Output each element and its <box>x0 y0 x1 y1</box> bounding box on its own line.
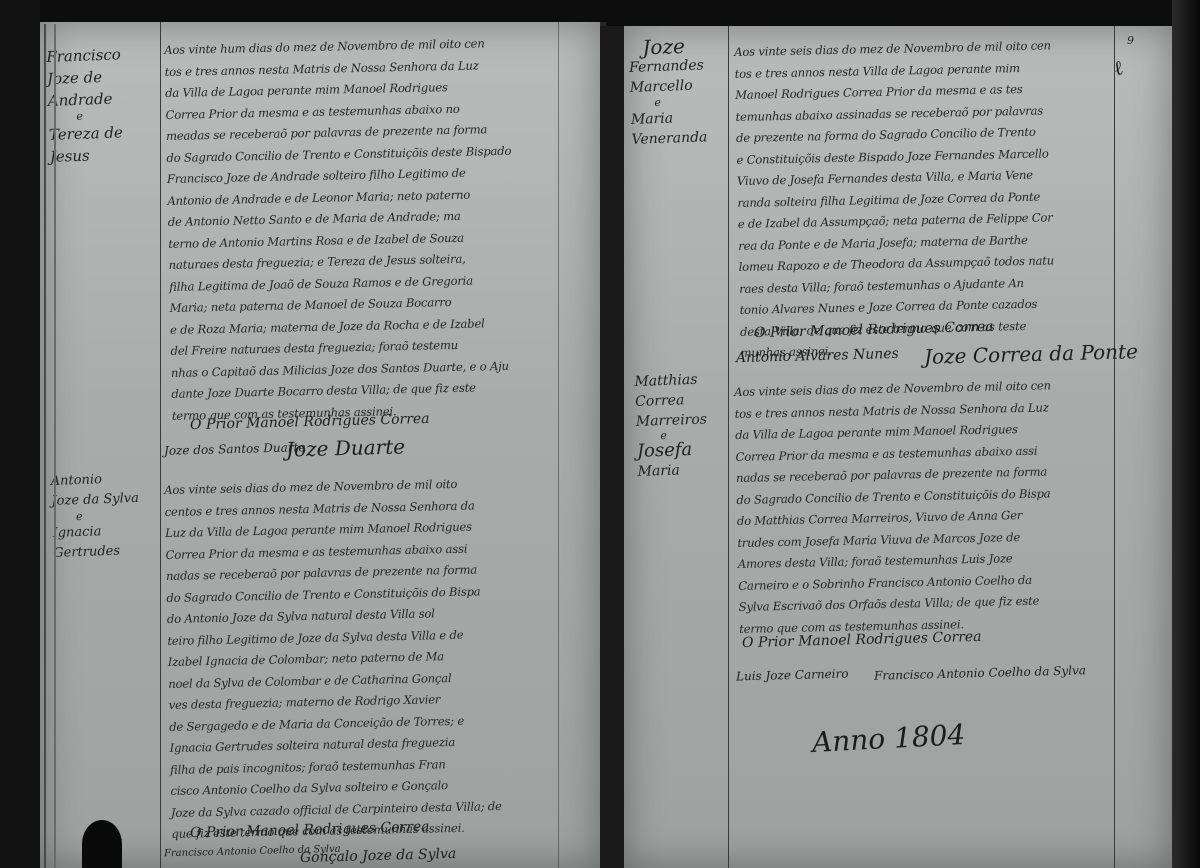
entry-body: Aos vinte seis dias do mez de Novembro d… <box>734 375 1056 640</box>
book-gutter <box>600 26 624 868</box>
bride-name-line: Jesus <box>49 142 160 168</box>
right-right-margin-rule <box>1114 26 1115 868</box>
witness-signature: Luis Joze Carneiro <box>736 667 849 684</box>
bride-name-line: Veneranda <box>631 126 742 150</box>
scan-border-left <box>0 0 40 868</box>
witness-signature: Gonçalo Joze da Sylva <box>300 846 457 866</box>
witness-signature: Joze Correa da Ponte <box>924 339 1138 369</box>
right-page: 9 ℓ Joze Fernandes Marcello e Maria Vene… <box>624 26 1172 868</box>
folio-flourish: ℓ <box>1110 55 1126 81</box>
marginal-names: Antonio Joze da Sylva e Ignacia Gertrude… <box>50 468 163 564</box>
scan-border-right <box>1172 0 1200 868</box>
witness-signature: Joze dos Santos Duarte <box>164 440 306 458</box>
witness-signature: Joze Duarte <box>286 434 406 461</box>
left-right-margin-rule <box>558 22 559 868</box>
entry-body: Aos vinte seis dias do mez de Novembro d… <box>164 473 502 845</box>
thumb-holding-page <box>82 820 122 868</box>
year-heading: Anno 1804 <box>811 718 966 759</box>
manuscript-spread: Francisco Joze de Andrade e Tereza de Je… <box>0 0 1200 868</box>
witness-signature: Francisco Antonio Coelho da Sylva <box>874 663 1086 683</box>
marginal-names: Matthias Correa Marreiros e Josefa Maria <box>634 368 748 482</box>
bride-name-line: Gertrudes <box>53 540 164 564</box>
entry-body: Aos vinte hum dias do mez de Novembro de… <box>164 33 517 427</box>
left-page: Francisco Joze de Andrade e Tereza de Je… <box>40 22 606 868</box>
witness-signature: Antonio Alvares Nunes <box>736 346 899 366</box>
book-binding-edge <box>44 24 56 868</box>
folio-number: 9 <box>1127 34 1134 47</box>
marginal-names: Joze Fernandes Marcello e Maria Venerand… <box>628 34 742 150</box>
left-margin-rule <box>160 22 161 868</box>
bride-name-line: Maria <box>637 458 748 482</box>
entry-body: Aos vinte seis dias do mez de Novembro d… <box>734 35 1057 364</box>
marginal-names: Francisco Joze de Andrade e Tereza de Je… <box>46 42 160 168</box>
